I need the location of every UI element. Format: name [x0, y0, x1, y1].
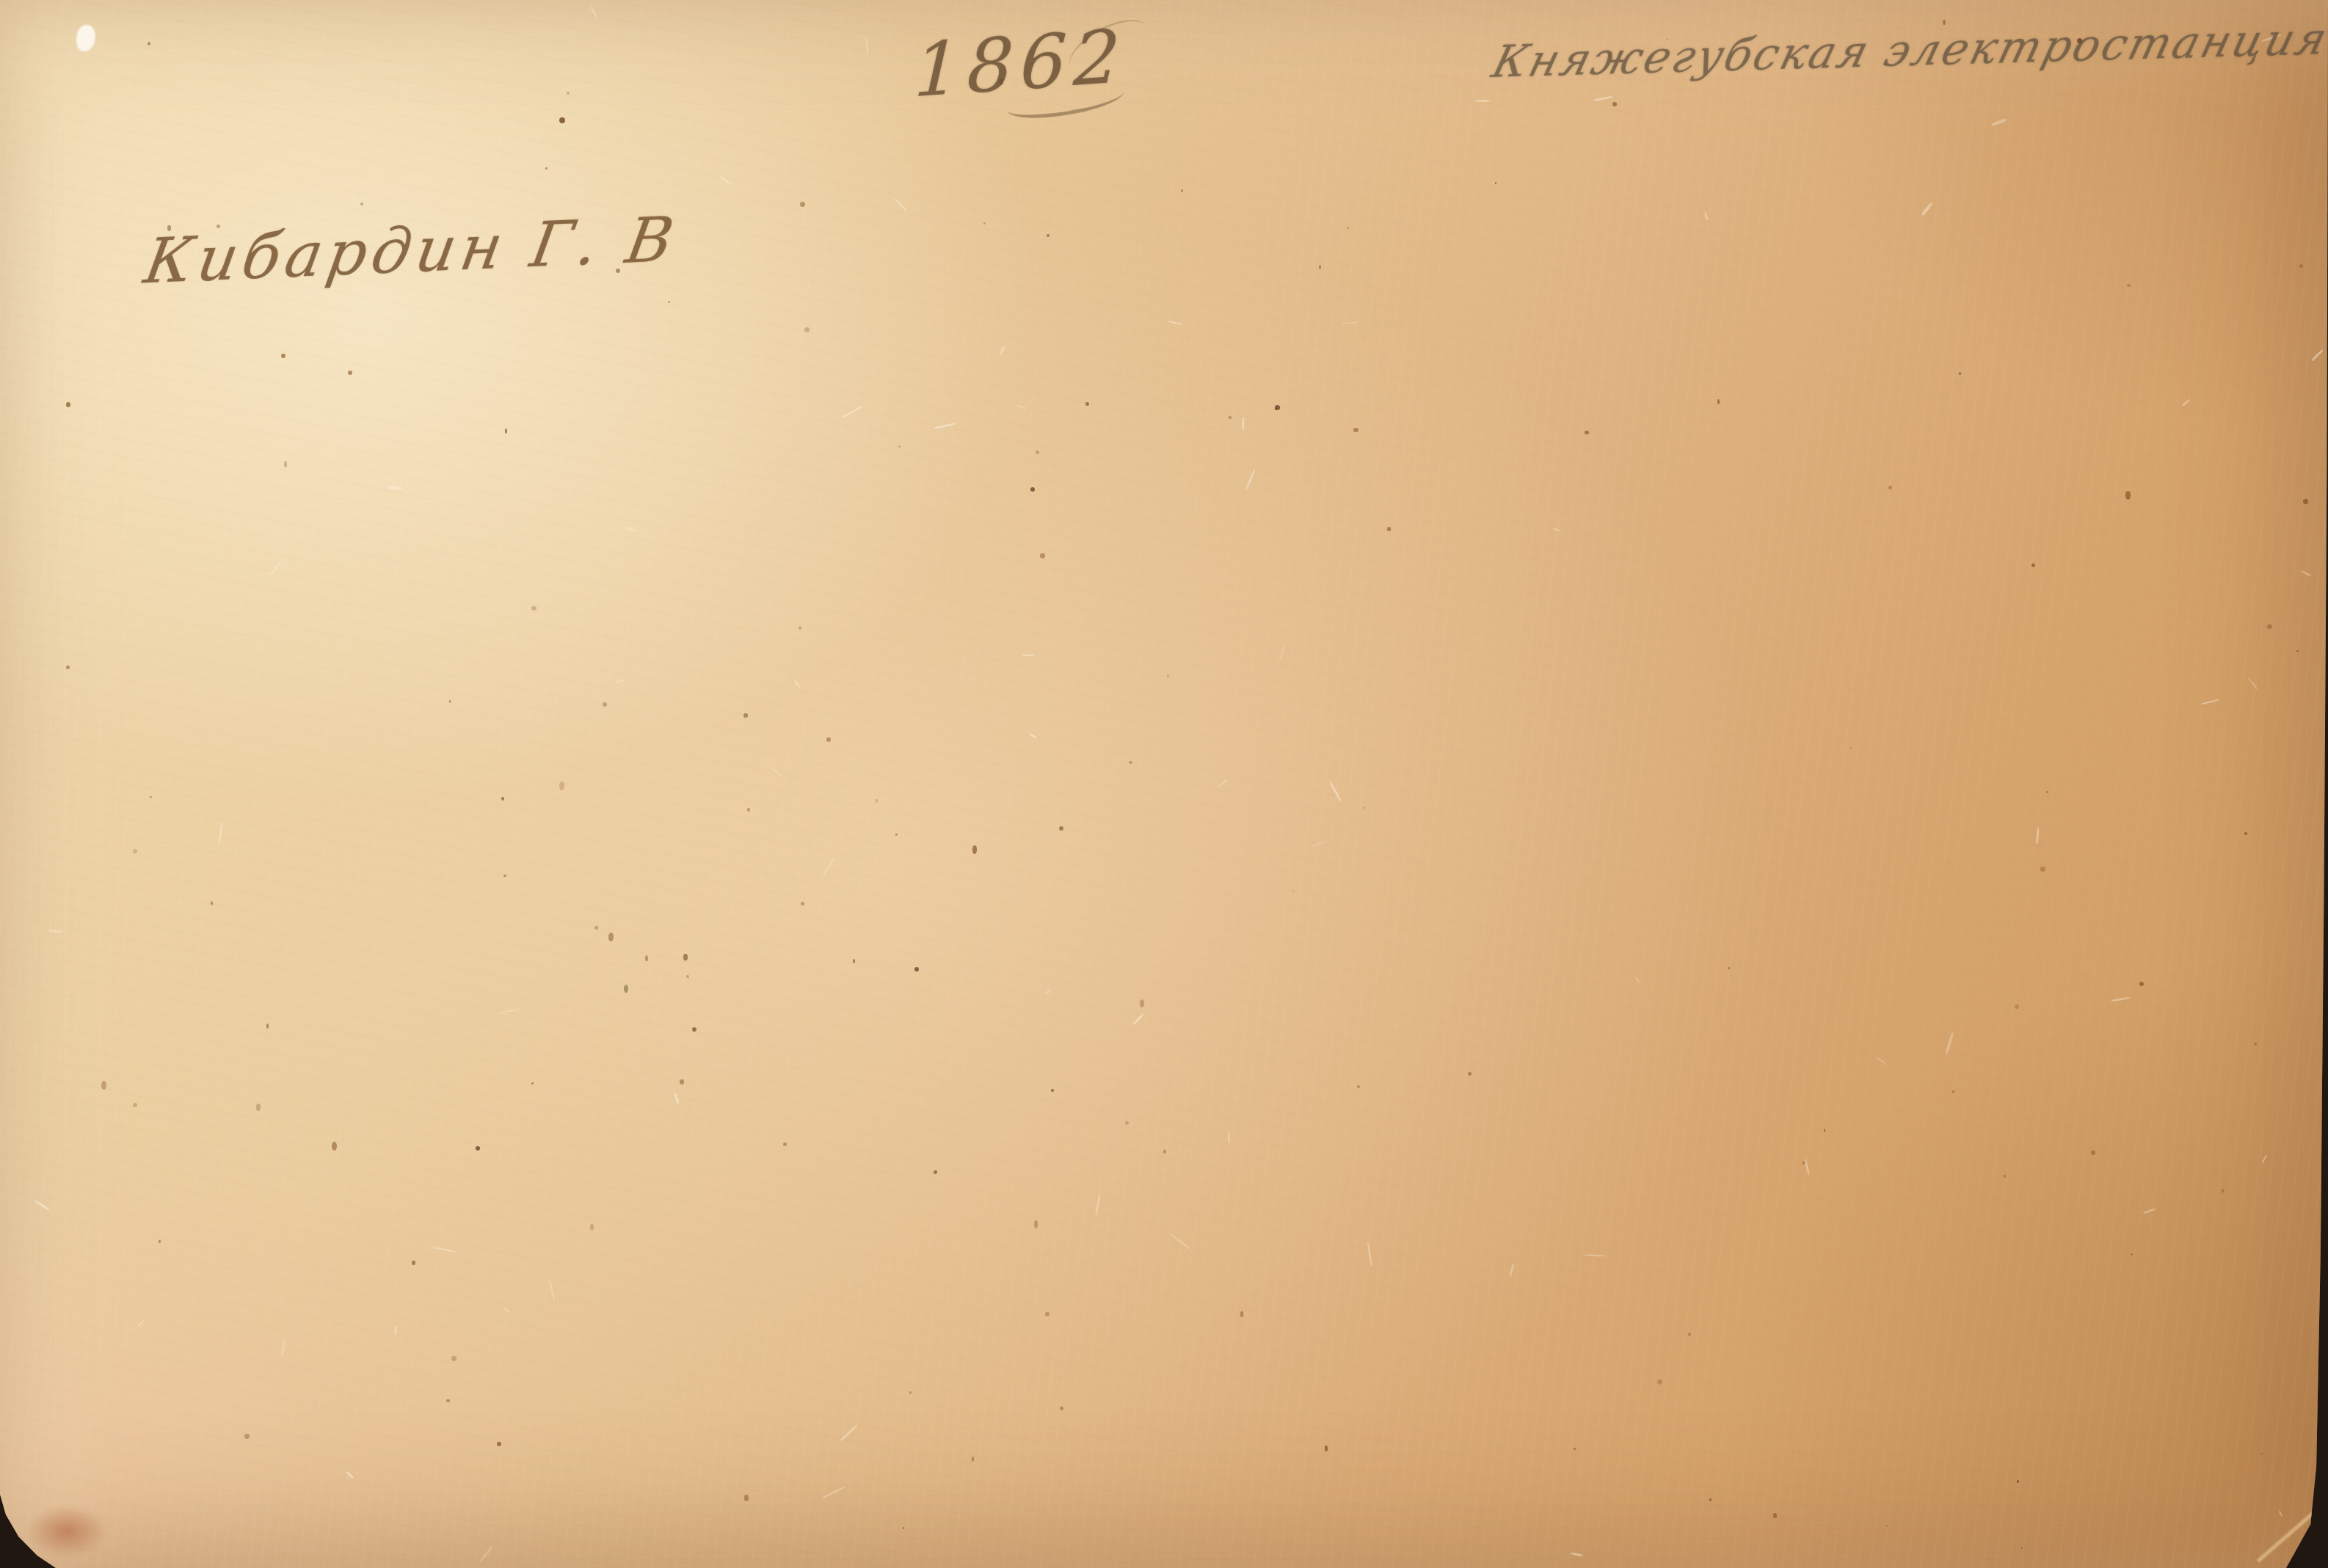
paper-speck [1060, 1407, 1063, 1410]
paper-speck [2031, 564, 2035, 567]
paper-speck [1728, 967, 1730, 969]
paper-speck [531, 1082, 534, 1084]
paper-speck [1040, 553, 1045, 558]
paper-speck [497, 1442, 501, 1446]
paper-speck [1959, 372, 1961, 374]
paper-speck [2254, 1043, 2257, 1046]
paper-speck [1574, 1448, 1575, 1449]
paper-speck [1125, 1121, 1129, 1125]
paper-speck [801, 902, 804, 905]
paper-speck [559, 781, 564, 790]
paper-speck [1387, 527, 1391, 530]
paper-speck [744, 1495, 748, 1501]
paper-speck [412, 1261, 415, 1264]
paper-speck [159, 1240, 161, 1244]
paper-speck-large [914, 967, 919, 971]
paper-speck [1036, 451, 1039, 454]
paper-speck [1468, 1072, 1472, 1076]
paper-speck [590, 1224, 594, 1231]
paper-speck [1657, 1379, 1662, 1385]
paper-speck [594, 926, 597, 929]
paper-speck [1888, 486, 1893, 490]
paper-speck [1824, 1128, 1826, 1132]
paper-speck [1045, 1312, 1050, 1316]
paper-speck [1688, 1332, 1692, 1336]
paper-speck [101, 1081, 106, 1090]
paper-speck [211, 901, 213, 905]
paper-speck [804, 327, 810, 332]
paper-speck [683, 954, 687, 961]
paper-speck [1952, 1090, 1954, 1093]
paper-speck [608, 933, 613, 941]
paper-fiber-fleck [1228, 1133, 1230, 1144]
photo-card-back: 1862 Княжегубская электростанция Кибарди… [0, 0, 2328, 1568]
paper-speck [983, 222, 986, 225]
paper-speck [1229, 416, 1232, 419]
paper-speck [1612, 102, 1617, 106]
paper-fiber-fleck [1242, 417, 1244, 431]
paper-speck [2222, 1189, 2224, 1193]
paper-speck [545, 167, 548, 169]
paper-speck [133, 1103, 137, 1107]
paper-speck-large [1030, 487, 1035, 492]
paper-fiber-fleck [1022, 654, 1034, 656]
paper-speck [348, 371, 353, 376]
paper-stain [26, 1506, 107, 1557]
paper-speck [2303, 499, 2308, 504]
paper-speck [1709, 1498, 1712, 1500]
paper-speck [1495, 182, 1496, 183]
paper-speck [624, 985, 628, 993]
paper-speck [1034, 1220, 1038, 1228]
paper-speck-large [476, 1146, 480, 1151]
paper-speck [692, 1027, 696, 1032]
paper-speck [826, 737, 831, 742]
paper-speck [531, 606, 536, 610]
paper-speck [853, 959, 855, 963]
paper-speck [1085, 402, 1089, 406]
paper-speck [1773, 1513, 1776, 1519]
paper-speck [680, 1079, 684, 1084]
paper-speck [800, 202, 805, 207]
paper-speck [1051, 1089, 1054, 1092]
paper-speck [501, 797, 505, 801]
paper-speck [451, 1356, 456, 1361]
paper-speck [1181, 189, 1183, 193]
paper-speck [2015, 1004, 2019, 1009]
paper-speck [148, 42, 150, 45]
paper-speck [1167, 674, 1169, 677]
paper-speck [645, 955, 648, 960]
paper-speck [284, 461, 288, 467]
paper-speck [603, 702, 607, 707]
paper-speck [2125, 491, 2131, 500]
paper-speck-large [559, 117, 565, 123]
paper-speck [446, 1399, 449, 1402]
paper-speck [1353, 428, 1358, 432]
paper-speck-large [1275, 405, 1280, 410]
paper-speck [503, 875, 506, 878]
paper-speck [1129, 761, 1132, 764]
paper-speck [2091, 1151, 2095, 1155]
paper-speck [1849, 747, 1852, 749]
paper-speck [909, 1391, 912, 1393]
paper-speck [1059, 826, 1063, 831]
paper-speck [332, 1142, 336, 1151]
paper-speck [747, 808, 751, 812]
paper-speck [876, 799, 878, 803]
paper-speck [256, 1104, 261, 1111]
paper-speck [743, 713, 748, 718]
paper-speck [2040, 867, 2045, 872]
photo-background: 1862 Княжегубская электростанция Кибарди… [0, 0, 2328, 1568]
paper-speck [2046, 791, 2048, 793]
paper-speck [2017, 1480, 2019, 1482]
